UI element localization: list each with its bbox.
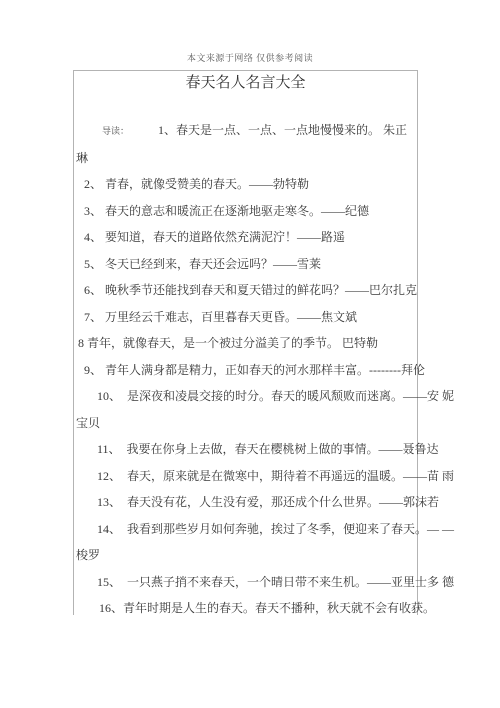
lead-line: 导读：1、春天是一点、一点、一点地慢慢来的。 朱正	[76, 117, 415, 145]
quote-line: 11、 我要在你身上去做，春天在樱桃树上做的事情。——聂鲁达	[76, 436, 415, 463]
quote-line: 3、 春天的意志和暖流正在逐渐地驱走寒冬。——纪德	[76, 198, 415, 225]
quote-line: 13、 春天没有花，人生没有爱，那还成个什么世界。——郭沫若	[76, 489, 415, 516]
document-body: 导读：1、春天是一点、一点、一点地慢慢来的。 朱正 琳2、 青春，就像受赞美的春…	[74, 93, 417, 622]
quote-line: 8 青年，就像春天，是一个被过分溢美了的季节。 巴特勒	[76, 330, 415, 357]
quote-line: 10、 是深夜和凌晨交接的时分。春天的暖风颓败而迷离。——安 妮	[76, 383, 415, 410]
quote-line: 7、 万里经云千难志，百里暮春天更昏。——焦文斌	[76, 304, 415, 331]
quote-line: 宝贝	[76, 410, 415, 437]
quote-line: 2、 青春，就像受赞美的春天。——勃特勒	[76, 171, 415, 198]
lead-label: 导读：	[102, 126, 129, 136]
document-frame: 春天名人名言大全 导读：1、春天是一点、一点、一点地慢慢来的。 朱正 琳2、 青…	[73, 70, 418, 615]
quote-line: 4、 要知道，春天的道路依然充满泥泞！——路遥	[76, 224, 415, 251]
quote-line: 6、 晚秋季节还能找到春天和夏天错过的鲜花吗？——巴尔扎克	[76, 277, 415, 304]
quote-line: 12、 春天，原来就是在微寒中，期待着不再遥远的温暖。——苗 雨	[76, 463, 415, 490]
source-note: 本文来源于网络 仅供参考阅读	[0, 51, 500, 64]
quote-line: 14、 我看到那些岁月如何奔驰，挨过了冬季，便迎来了春天。— —	[76, 516, 415, 543]
quote-line: 9、 青年人满身都是精力，正如春天的河水那样丰富。--------拜伦	[76, 357, 415, 384]
quote-line: 16、青年时期是人生的春天。春天不播种，秋天就不会有收获。	[76, 595, 415, 622]
lead-text: 1、春天是一点、一点、一点地慢慢来的。 朱正	[158, 123, 407, 137]
document-page: 本文来源于网络 仅供参考阅读 春天名人名言大全 导读：1、春天是一点、一点、一点…	[0, 0, 500, 708]
page-title: 春天名人名言大全	[74, 71, 417, 93]
quote-line: 梭罗	[76, 542, 415, 569]
quote-line: 5、 冬天已经到来，春天还会远吗？——雪莱	[76, 251, 415, 278]
quote-list: 琳2、 青春，就像受赞美的春天。——勃特勒3、 春天的意志和暖流正在逐渐地驱走寒…	[76, 145, 415, 622]
quote-line: 15、 一只燕子捎不来春天，一个晴日带不来生机。——亚里士多 德	[76, 569, 415, 596]
quote-line: 琳	[76, 145, 415, 172]
